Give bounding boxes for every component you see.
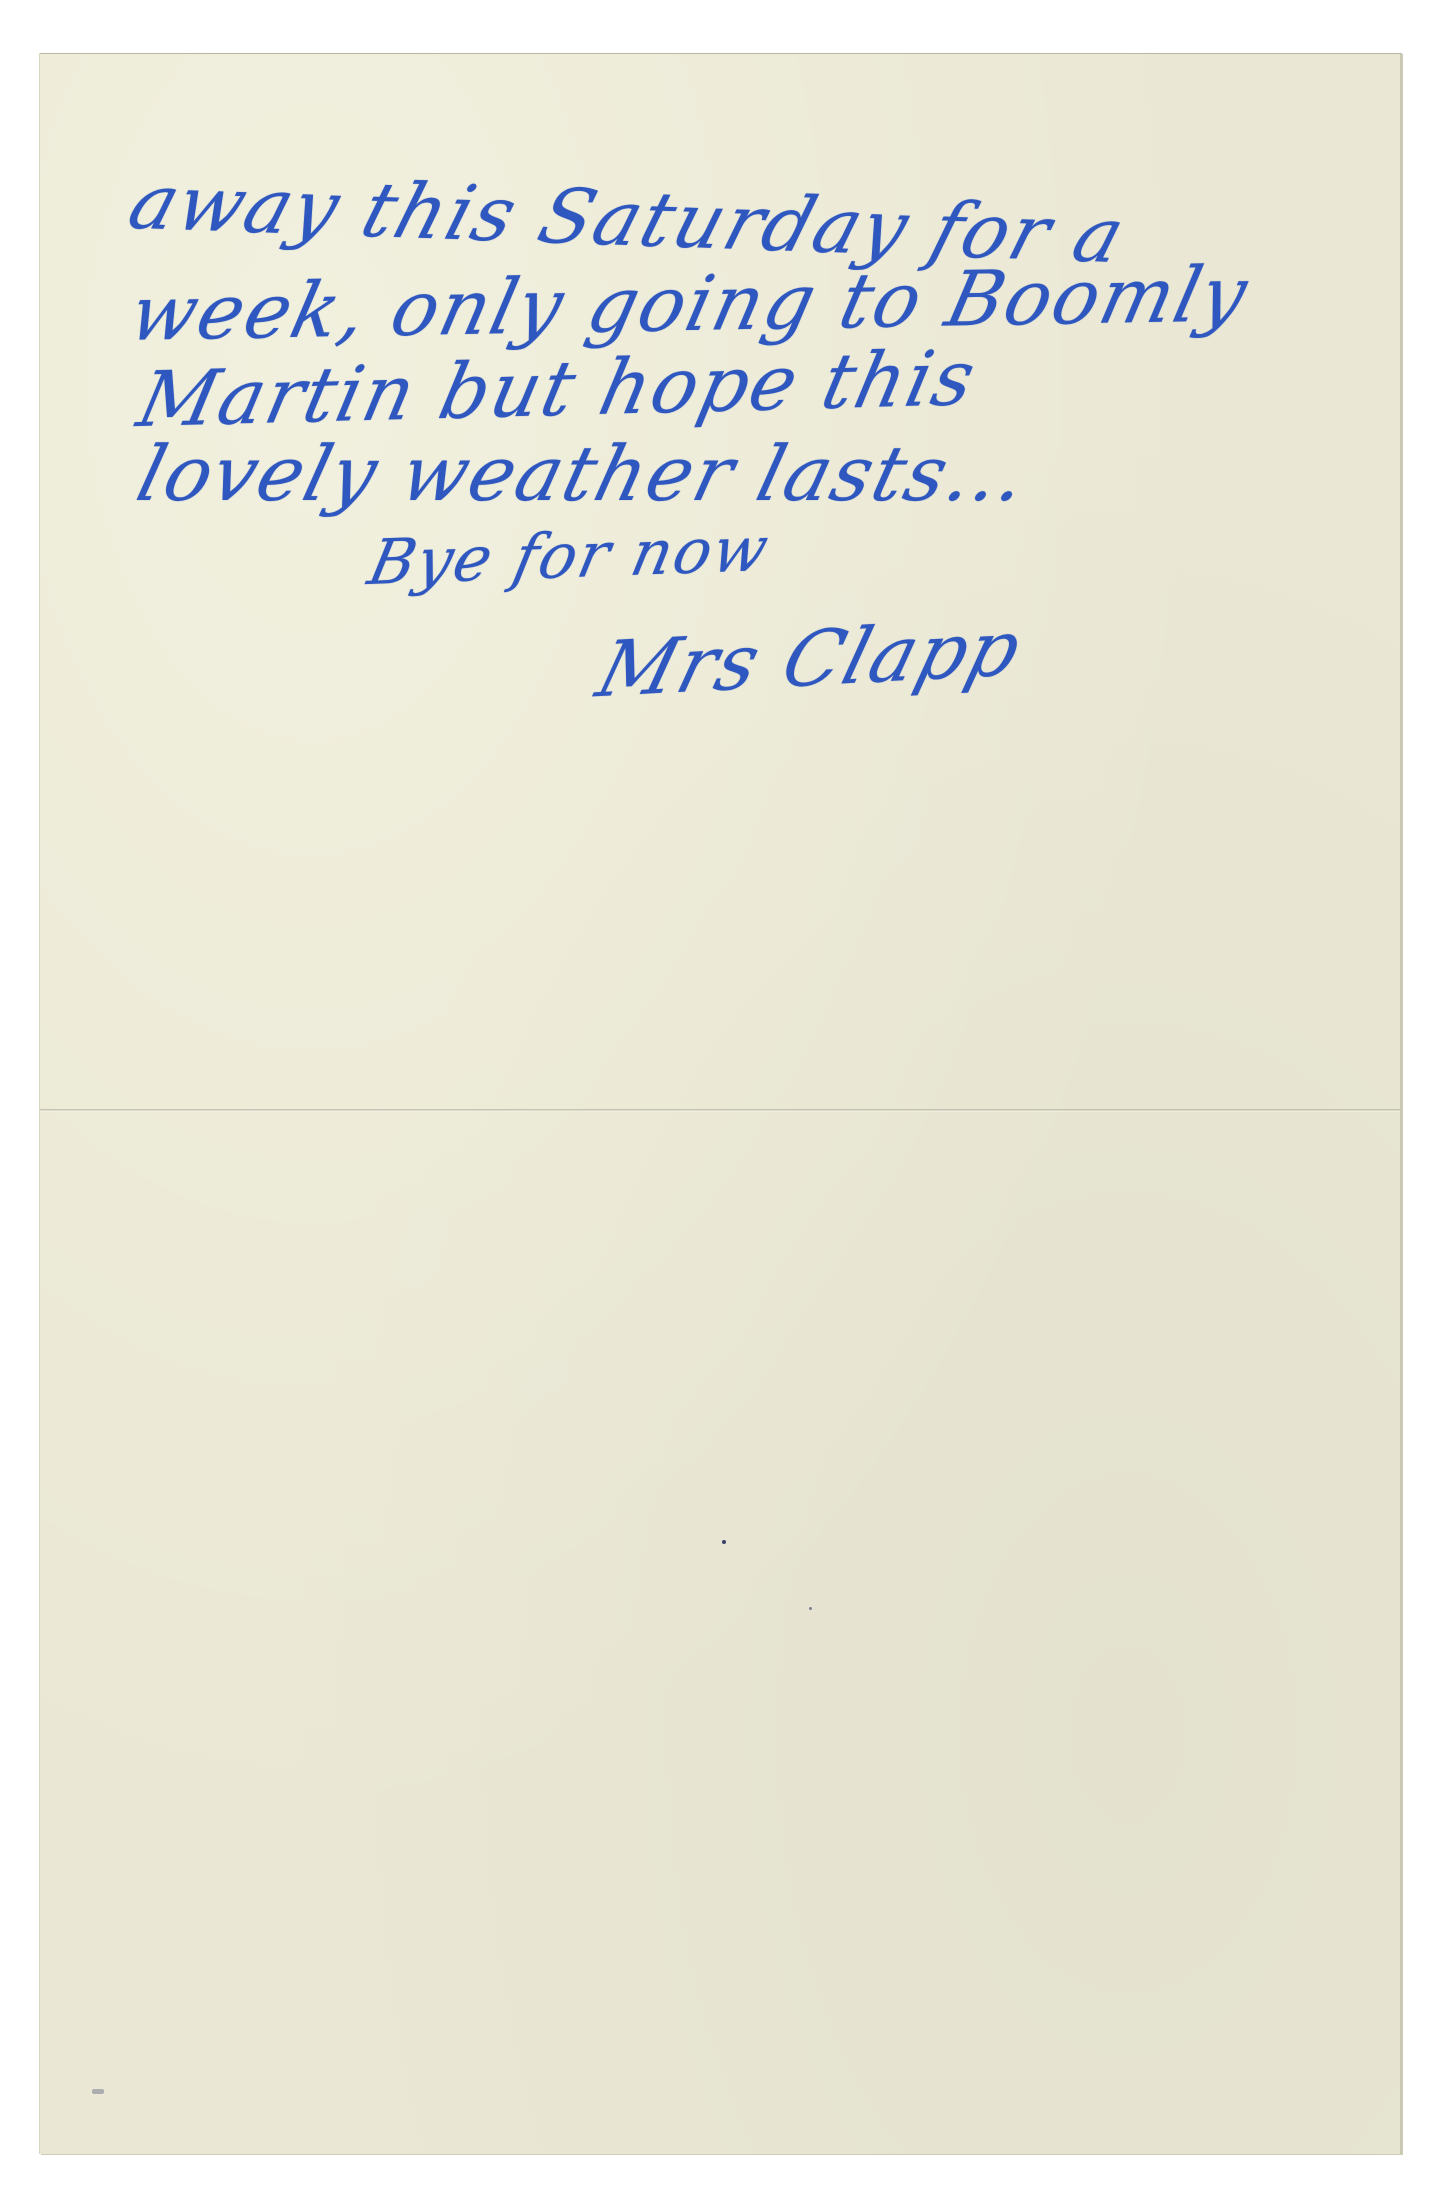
ink-speck <box>722 1540 726 1544</box>
paper-fold-line <box>40 1109 1400 1112</box>
ink-speck <box>809 1607 812 1610</box>
letter-signature: Mrs Clapp <box>588 602 1032 714</box>
ink-speck <box>92 2089 104 2094</box>
letter-line-4: lovely weather lasts... <box>129 429 1038 518</box>
letter-closing: Bye for now <box>362 512 776 600</box>
letter-page: away this Saturday for a week, only goin… <box>40 53 1402 2154</box>
